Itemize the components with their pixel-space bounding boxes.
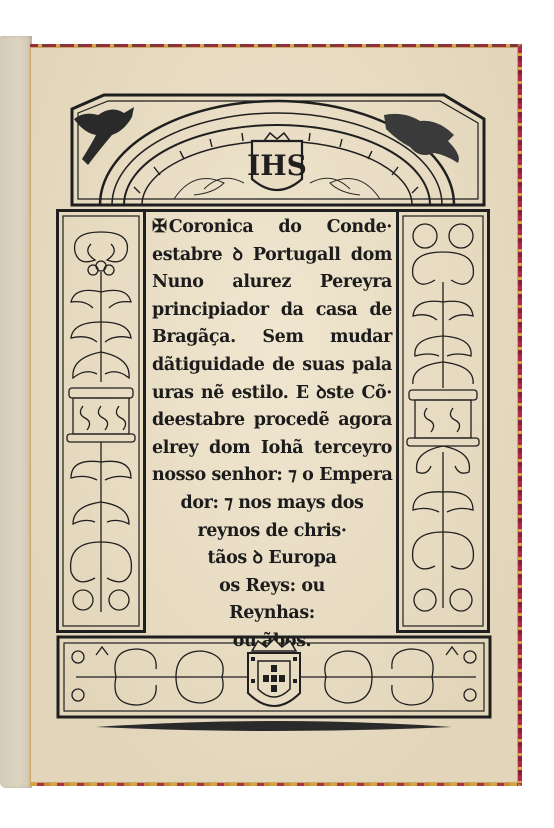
right-woodcut-border [396,209,490,633]
red-gilt-fore-edge [518,47,522,783]
svg-text:IHS: IHS [247,149,307,182]
top-woodcut-arch: IHS [64,89,490,207]
title-line-10: nosso senhor: ⁊ o Empera [152,462,392,490]
title-line-13: tãos ꝺ Europa [152,545,392,573]
title-line-8: deestabre procedẽ agora [152,407,392,435]
vase-scroll-left-icon [59,212,143,630]
title-line-7: uras nẽ estilo. E ꝺste Cõ· [152,380,392,408]
title-page: IHS [30,44,522,786]
left-woodcut-border [56,209,146,633]
bottom-woodcut-arms [56,635,492,735]
royal-arms-woodcut-icon [56,635,492,735]
gilt-bottom-edge [30,783,518,786]
title-line-12: reynos de chris· [152,518,392,546]
title-line-15: Reynhas: [152,600,392,628]
vase-scroll-right-icon [399,212,487,630]
title-line-3: Nuno alurez Pereyra [152,269,392,297]
title-line-5: Bragãça. Sem mudar [152,324,392,352]
gilt-top-edge [30,44,518,47]
title-line-9: elrey dom Iohã terceyro [152,435,392,463]
title-line-11: dor: ⁊ nos mays dos [152,490,392,518]
flyleaf [0,36,32,788]
arch-woodcut-icon: IHS [64,89,490,207]
title-line-1: ✠Coronica do Conde· [152,213,392,242]
title-line-4: principiador da casa de [152,297,392,325]
title-line-2: estabre ꝺ Portugall dom [152,242,392,270]
title-text-block: ✠Coronica do Conde· estabre ꝺ Portugall … [152,213,392,656]
title-line-14: os Reys: ou [152,573,392,601]
cross-pattee-icon: ✠ [152,216,167,237]
title-line-6: dãtiguidade de suas pala [152,352,392,380]
